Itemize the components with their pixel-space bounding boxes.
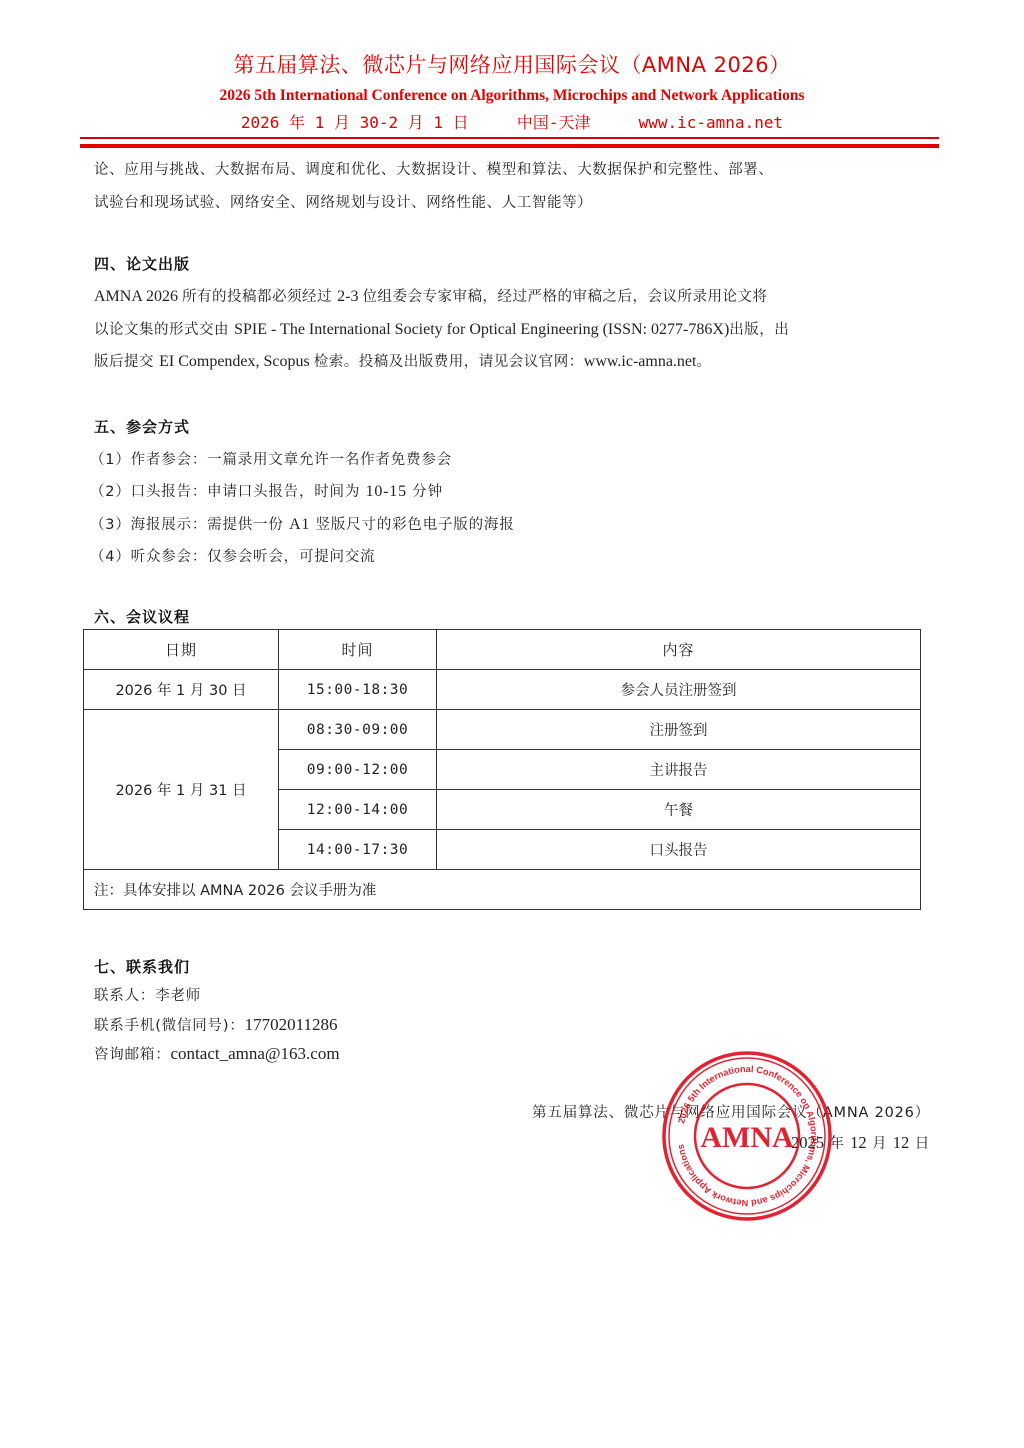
publication-line-1: AMNA 2026 所有的投稿都必须经过 2-3 位组委会专家审稿，经过严格的审…	[94, 281, 934, 314]
seal-icon: 2026 5th International Conference on Alg…	[661, 1050, 833, 1222]
item-text: 竖版尺寸的彩色电子版的海报	[310, 517, 514, 533]
time-cell: 14:00-17:30	[279, 830, 437, 870]
website-link[interactable]: www.ic-amna.net	[584, 353, 697, 370]
item-text: 听众参会：仅参会听会，可提问交流	[131, 549, 376, 565]
contact-email-label: 咨询邮箱：	[94, 1047, 171, 1063]
publication-line-2: 以论文集的形式交由 SPIE - The International Socie…	[94, 314, 934, 347]
column-header-time: 时间	[279, 630, 437, 670]
agenda-note: 注：具体安排以 AMNA 2026 会议手册为准	[84, 870, 921, 910]
content-cell: 口头报告	[437, 830, 921, 870]
conference-date-location-website: 2026 年 1 月 30-2 月 1 日 中国-天津 www.ic-amna.…	[0, 111, 1024, 135]
attendance-item-4: （4）听众参会：仅参会听会，可提问交流	[90, 546, 375, 568]
table-header-row: 日期 时间 内容	[84, 630, 921, 670]
topics-line-2: 试验台和现场试验、网络安全、网络规划与设计、网络性能、人工智能等）	[94, 187, 934, 220]
text-cn: 所有的投稿都必须经过	[182, 289, 337, 305]
topics-line-1: 论、应用与挑战、大数据布局、调度和优化、大数据设计、模型和算法、大数据保护和完整…	[94, 154, 934, 187]
item-number: （4）	[90, 549, 131, 565]
date-day: 12	[893, 1133, 910, 1152]
date-unit: 日	[909, 1136, 930, 1152]
publication-paragraph: AMNA 2026 所有的投稿都必须经过 2-3 位组委会专家审稿，经过严格的审…	[94, 281, 934, 379]
section-title-agenda: 六、会议议程	[94, 606, 190, 628]
table-row: 2026 年 1 月 31 日 08:30-09:00 注册签到	[84, 710, 921, 750]
table-note-row: 注：具体安排以 AMNA 2026 会议手册为准	[84, 870, 921, 910]
index-databases: EI Compendex, Scopus	[159, 353, 314, 370]
item-number: （3）	[90, 517, 131, 533]
section-title-contact: 七、联系我们	[94, 956, 190, 978]
contact-person-name: 李老师	[155, 988, 201, 1004]
contact-phone: 联系手机(微信同号)：17702011286	[94, 1014, 338, 1037]
table-row: 2026 年 1 月 30 日 15:00-18:30 参会人员注册签到	[84, 670, 921, 710]
item-value: A1	[289, 516, 310, 533]
date-unit: 月	[867, 1136, 893, 1152]
date-month: 12	[850, 1133, 867, 1152]
content-cell: 午餐	[437, 790, 921, 830]
contact-email: 咨询邮箱：contact_amna@163.com	[94, 1043, 340, 1066]
section-title-attendance: 五、参会方式	[94, 416, 190, 438]
topics-continued: 论、应用与挑战、大数据布局、调度和优化、大数据设计、模型和算法、大数据保护和完整…	[94, 154, 934, 219]
text-cn: 位组委会专家审稿，经过严格的审稿之后，会议所录用论文将	[362, 289, 767, 305]
date-cell: 2026 年 1 月 31 日	[84, 710, 279, 870]
content-cell: 参会人员注册签到	[437, 670, 921, 710]
header-divider-thick	[80, 144, 939, 148]
section-title-publication: 四、论文出版	[94, 253, 190, 275]
text-cn: 。	[696, 354, 711, 370]
publication-line-3: 版后提交 EI Compendex, Scopus 检索。投稿及出版费用，请见会…	[94, 346, 934, 379]
publisher-name: SPIE - The International Society for Opt…	[234, 321, 729, 338]
contact-email-address[interactable]: contact_amna@163.com	[171, 1044, 340, 1063]
text-cn: 出版，出	[729, 322, 789, 338]
item-number: （2）	[90, 484, 131, 500]
header-divider-thin	[80, 137, 939, 139]
item-number: （1）	[90, 452, 131, 468]
date-cell: 2026 年 1 月 30 日	[84, 670, 279, 710]
official-seal-stamp: 2026 5th International Conference on Alg…	[661, 1050, 833, 1222]
text-cn: 检索。投稿及出版费用，请见会议官网：	[314, 354, 584, 370]
time-cell: 15:00-18:30	[279, 670, 437, 710]
text-en: AMNA 2026	[94, 288, 182, 305]
contact-person-label: 联系人：	[94, 988, 155, 1004]
contact-person: 联系人：李老师	[94, 984, 201, 1007]
item-text: 海报展示：需提供一份	[131, 517, 289, 533]
attendance-item-1: （1）作者参会：一篇录用文章允许一名作者免费参会	[90, 449, 452, 471]
column-header-date: 日期	[84, 630, 279, 670]
item-text: 作者参会：一篇录用文章允许一名作者免费参会	[131, 452, 452, 468]
seal-center-text: AMNA	[700, 1121, 794, 1154]
contact-phone-number[interactable]: 17702011286	[245, 1015, 338, 1034]
attendance-item-2: （2）口头报告：申请口头报告，时间为 10-15 分钟	[90, 481, 443, 503]
time-cell: 09:00-12:00	[279, 750, 437, 790]
conference-title-en: 2026 5th International Conference on Alg…	[0, 86, 1024, 106]
time-cell: 08:30-09:00	[279, 710, 437, 750]
attendance-item-3: （3）海报展示：需提供一份 A1 竖版尺寸的彩色电子版的海报	[90, 514, 515, 536]
text-cn: 以论文集的形式交由	[94, 322, 234, 338]
item-value: 10-15	[366, 483, 407, 500]
column-header-content: 内容	[437, 630, 921, 670]
agenda-table: 日期 时间 内容 2026 年 1 月 30 日 15:00-18:30 参会人…	[83, 629, 921, 910]
time-cell: 12:00-14:00	[279, 790, 437, 830]
content-cell: 主讲报告	[437, 750, 921, 790]
item-text: 口头报告：申请口头报告，时间为	[131, 484, 366, 500]
item-text: 分钟	[407, 484, 443, 500]
conference-title-cn: 第五届算法、微芯片与网络应用国际会议（AMNA 2026）	[0, 50, 1024, 80]
contact-phone-label: 联系手机(微信同号)：	[94, 1018, 245, 1034]
text-en: 2-3	[337, 288, 362, 305]
content-cell: 注册签到	[437, 710, 921, 750]
text-cn: 版后提交	[94, 354, 159, 370]
